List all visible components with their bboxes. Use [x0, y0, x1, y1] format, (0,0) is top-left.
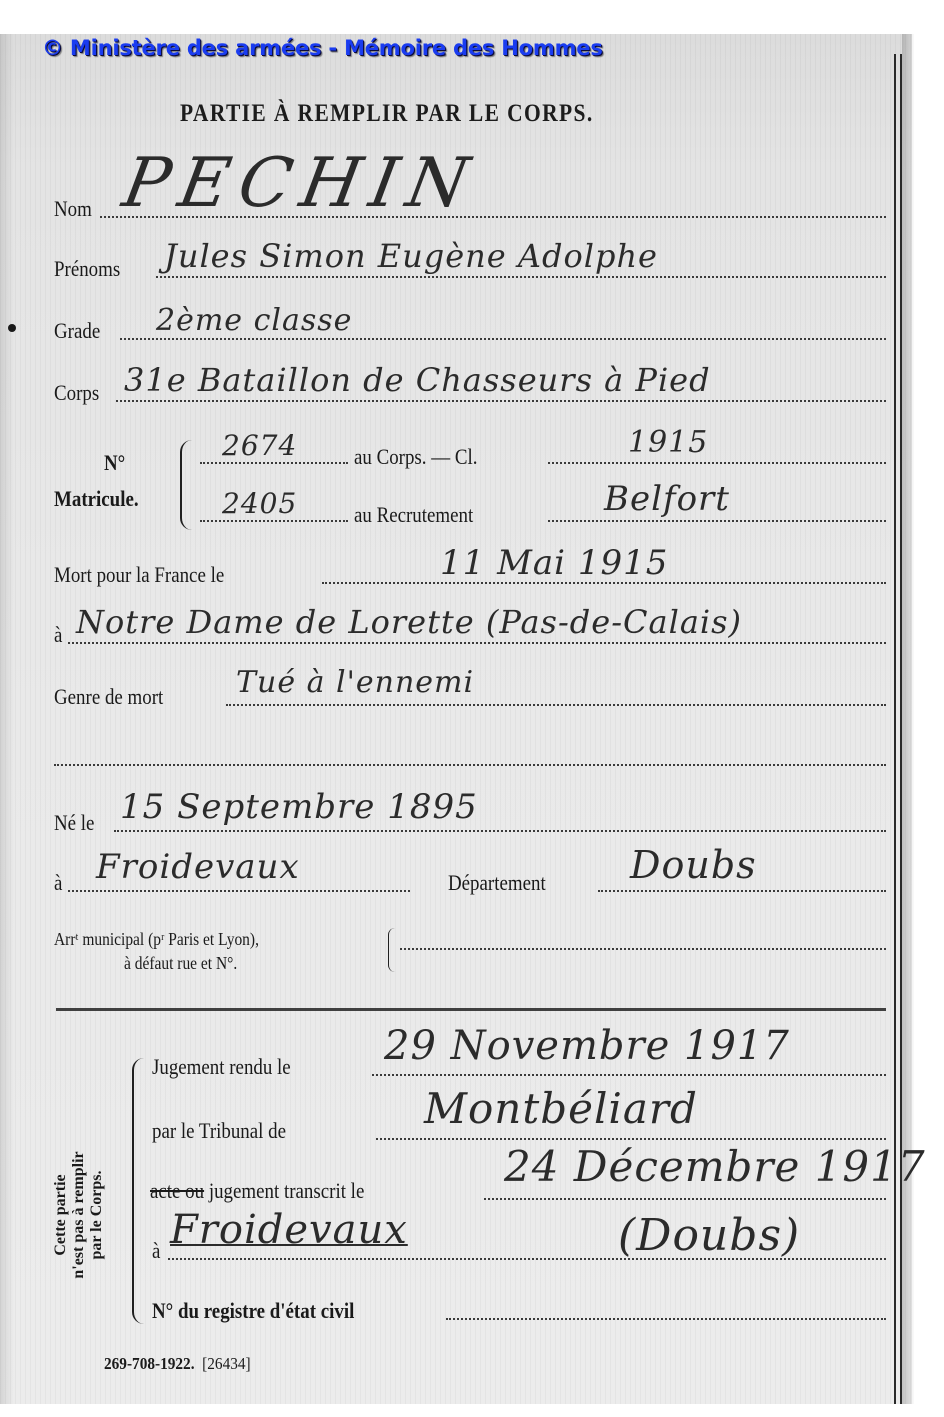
arrondissement-label-1: Arrᵗ municipal (pʳ Paris et Lyon), — [54, 928, 259, 950]
lieu-deces-value: Notre Dame de Lorette (Pas-de-Calais) — [76, 606, 742, 638]
arrondissement-label-2: à défaut rue et N°. — [124, 952, 237, 974]
card-edge-shadow — [902, 34, 914, 1404]
side-note-line-2: n'est pas à remplir — [70, 1100, 88, 1330]
form-heading: PARTIE À REMPLIR PAR LE CORPS. — [180, 100, 594, 128]
lieu-naissance-value: Froidevaux — [96, 850, 300, 884]
tribunal-line — [376, 1138, 886, 1140]
lieu-deces-label: à — [54, 624, 62, 646]
print-reference: 269-708-1922. [26434] — [104, 1354, 251, 1374]
genre-mort-line-2 — [54, 764, 886, 766]
matricule-corps-line — [200, 462, 348, 464]
lieu-deces-line — [68, 642, 886, 644]
lieu-transcription-value: Froidevaux — [170, 1210, 408, 1250]
mort-value: 11 Mai 1915 — [440, 546, 668, 580]
side-note-line-1: Cette partie — [52, 1100, 70, 1330]
matricule-corps-value: 2674 — [222, 432, 297, 460]
prenoms-value: Jules Simon Eugène Adolphe — [164, 240, 658, 272]
tribunal-label: par le Tribunal de — [152, 1120, 286, 1142]
transcrit-value: 24 Décembre 1917 — [504, 1146, 926, 1188]
recrutement-lieu-value: Belfort — [604, 482, 730, 516]
print-ref: [26434] — [202, 1354, 250, 1373]
jugement-side-note: Cette partie n'est pas à remplir par le … — [52, 1100, 106, 1330]
au-corps-label: au Corps. — Cl. — [354, 446, 478, 468]
registre-label: N° du registre d'état civil — [152, 1300, 354, 1322]
transcrit-label-text: jugement transcrit le — [209, 1178, 365, 1203]
jugement-rendu-line — [372, 1074, 886, 1076]
departement-value: Doubs — [630, 846, 757, 884]
grade-value: 2ème classe — [156, 306, 352, 336]
recrutement-line — [548, 520, 886, 522]
transcrit-label: acte ou jugement transcrit le — [150, 1180, 364, 1202]
genre-mort-line — [226, 704, 886, 706]
grade-line — [120, 338, 886, 340]
print-code: 269-708-1922. — [104, 1354, 195, 1373]
lieu-naissance-label: à — [54, 872, 62, 894]
naissance-line — [114, 830, 886, 832]
genre-mort-value: Tué à l'ennemi — [236, 668, 474, 698]
matricule-brace — [180, 440, 192, 530]
classe-value: 1915 — [628, 428, 708, 458]
no-label: N° — [104, 452, 125, 474]
jugement-brace — [132, 1058, 146, 1324]
transcrit-line — [484, 1198, 886, 1200]
grade-label: Grade — [54, 320, 100, 342]
departement-line — [598, 890, 886, 892]
classe-line — [548, 462, 886, 464]
struck-acte-ou: acte ou — [150, 1178, 204, 1203]
nom-label: Nom — [54, 198, 92, 220]
arrondissement-brace — [388, 928, 395, 972]
mort-label: Mort pour la France le — [54, 564, 224, 586]
corps-line — [116, 400, 886, 402]
border-rule — [894, 54, 896, 1404]
lieu-transcription-dept: (Doubs) — [618, 1214, 800, 1258]
jugement-rendu-value: 29 Novembre 1917 — [384, 1026, 790, 1066]
jugement-rendu-label: Jugement rendu le — [152, 1056, 291, 1078]
side-note-line-3: par le Corps. — [88, 1100, 106, 1330]
prenoms-line — [156, 276, 886, 278]
naissance-value: 15 Septembre 1895 — [120, 790, 478, 824]
matricule-recrutement-line — [200, 520, 348, 522]
registre-line — [446, 1318, 886, 1320]
matricule-recrutement-value: 2405 — [222, 490, 297, 518]
naissance-label: Né le — [54, 812, 94, 834]
corps-value: 31e Bataillon de Chasseurs à Pied — [124, 364, 711, 396]
arrondissement-line — [400, 948, 886, 950]
lieu-naissance-line — [68, 890, 410, 892]
corps-label: Corps — [54, 382, 99, 404]
departement-label: Département — [448, 872, 546, 894]
bullet-marker — [8, 324, 16, 332]
copyright-watermark: © Ministère des armées - Mémoire des Hom… — [42, 36, 603, 60]
section-divider — [56, 1008, 886, 1011]
lieu-transcription-label: à — [152, 1240, 160, 1262]
prenoms-label: Prénoms — [54, 258, 120, 280]
genre-mort-label: Genre de mort — [54, 686, 163, 708]
nom-value: PECHIN — [118, 150, 483, 218]
matricule-label: Matricule. — [54, 488, 139, 510]
au-recrutement-label: au Recrutement — [354, 504, 473, 526]
tribunal-value: Montbéliard — [424, 1088, 698, 1130]
